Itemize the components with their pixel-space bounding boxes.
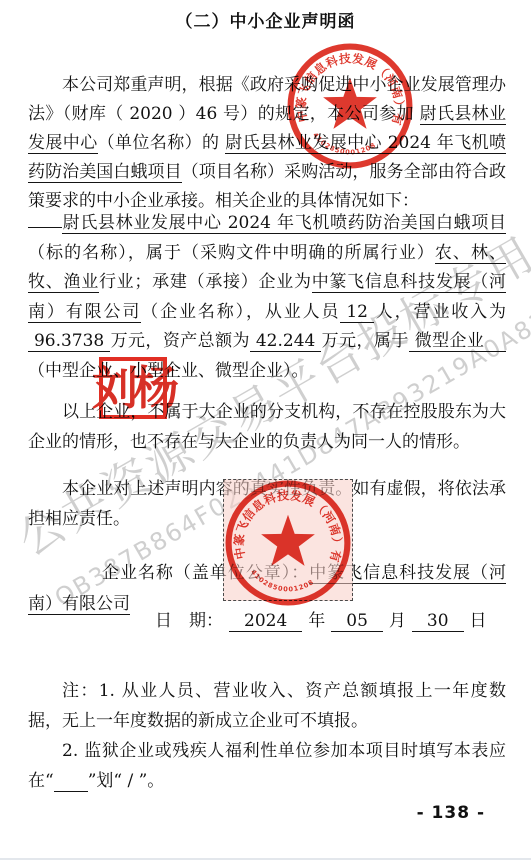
note-2-text: ”划“ / ”。 <box>88 771 165 791</box>
para2-text: 人，营业收入为 <box>374 302 506 322</box>
notes-block: 注：1. 从业人员、营业收入、资产总额填报上一年度数据，无上一年度数据的新成立企… <box>28 676 506 796</box>
employees-filled: 12 <box>340 302 374 323</box>
date-month-unit: 月 <box>389 611 406 631</box>
para2-text: 行业；承建（承接）企业为 <box>99 272 312 292</box>
revenue-filled: 96.3738 <box>28 331 110 352</box>
para2-text: 万元，资产总额为 <box>110 331 250 351</box>
date-day-unit: 日 <box>470 611 487 631</box>
blank-underline <box>28 210 62 228</box>
date-year: 2024 <box>229 611 302 632</box>
note-2-blank <box>54 771 88 792</box>
para1-text: （单位名称）的 <box>98 133 226 153</box>
stamp-background-rect <box>223 479 353 601</box>
document-page: 公共资源交易平台投标专用 OB387B864F023441D847AB93219… <box>0 0 531 860</box>
para2-text: 万元，属于 <box>321 331 408 351</box>
note-2: 2. 监狱企业或残疾人福利性单位参加本项目时填写本表应在“ ”划“ / ”。 <box>28 736 506 796</box>
page-title: （二）中小企业声明函 <box>0 7 531 32</box>
name-stamp: 刘杨 <box>99 357 167 419</box>
note-1: 注：1. 从业人员、营业收入、资产总额填报上一年度数据，无上一年度数据的新成立企… <box>28 676 506 736</box>
assets-filled: 42.244 <box>250 331 321 352</box>
date-year-unit: 年 <box>308 611 325 631</box>
signature-date-line: 日 期：2024年05月30日 <box>155 606 487 631</box>
enterprise-type-filled: 微型企业 <box>409 331 506 352</box>
para2-text: （企业名称），从业人员 <box>141 302 340 322</box>
date-day: 30 <box>412 611 464 632</box>
page-number: - 138 - <box>417 803 485 823</box>
declaration-paragraph-1: 本公司郑重声明，根据《政府采购促进中小企业发展管理办法》（财库（ 2020 ）4… <box>28 71 506 216</box>
date-label: 日 期： <box>155 611 223 631</box>
date-month: 05 <box>331 611 383 632</box>
name-stamp-text: 刘杨 <box>92 363 174 413</box>
subject-name-filled: 尉氏县林业发展中心 2024 年飞机喷药防治美国白蛾项目 <box>62 213 506 234</box>
para2-text: （标的名称），属于（采购文件中明确的所属行业） <box>28 243 435 263</box>
